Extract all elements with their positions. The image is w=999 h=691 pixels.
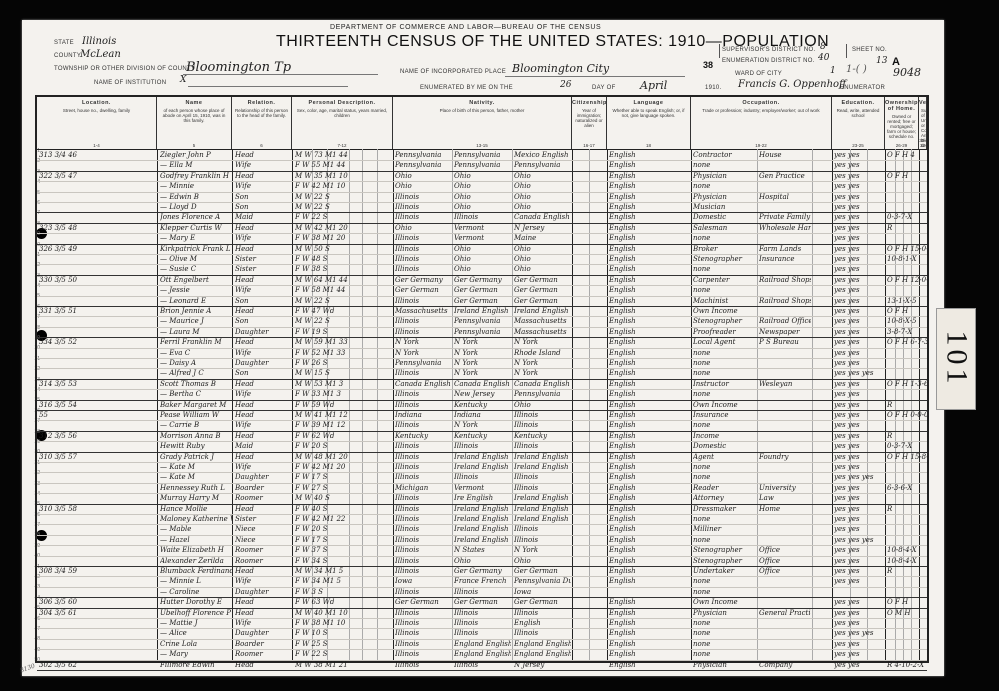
location-cell [39,524,154,534]
relation-cell: Son [235,368,291,378]
location-cell [39,483,154,493]
birthplace-cell: Michigan [395,483,451,493]
mother-birthplace-cell: Rhode Island [514,348,571,358]
name-cell: — Maurice J [160,316,232,326]
relation-cell: Sister [235,514,291,524]
incorporated-label: Name of incorporated place [400,69,506,75]
birthplace-cell: Canada English [395,379,451,389]
location-cell [39,389,154,399]
location-cell [39,639,154,649]
ownership-cell: 6-3-6-X [887,483,927,493]
ownership-cell [887,420,927,430]
language-cell: English [609,597,689,607]
column-number: 6 [232,143,291,148]
personal-description-cell: F W 38 S [295,264,391,274]
personal-description-cell: M W 22 S [295,192,391,202]
ownership-cell: O F H [887,306,927,316]
personal-description-cell: F W 38 M1 10 [295,618,391,628]
education-cell: yes yes [834,524,884,534]
education-cell: yes yes [834,233,884,243]
industry-cell [759,264,811,274]
industry-cell: University [759,483,811,493]
name-cell: — Minnie [160,181,232,191]
father-birthplace-cell: Ohio [454,171,511,181]
occupation-cell: none [693,264,755,274]
father-birthplace-cell: Pennsylvania [454,150,511,160]
education-cell: yes yes [834,223,884,233]
language-cell: English [609,660,689,670]
education-cell: yes yes [834,400,884,410]
birthplace-cell: Illinois [395,264,451,274]
name-cell: — Minnie L [160,576,232,586]
relation-cell: Head [235,597,291,607]
language-cell: English [609,212,689,222]
relation-cell: Daughter [235,327,291,337]
birthplace-cell: Illinois [395,649,451,659]
name-cell: — Daisy A [160,358,232,368]
education-cell: yes yes [834,514,884,524]
education-cell: yes yes [834,545,884,555]
supervisor-district-label: Supervisor's District No. [722,47,815,53]
location-cell [39,493,154,503]
industry-cell [759,649,811,659]
occupation-cell: none [693,576,755,586]
occupation-cell: Stenographer [693,556,755,566]
location-cell: 323 3/5 48 [39,223,154,233]
father-birthplace-cell: Ger German [454,296,511,306]
occupation-cell: Agent [693,452,755,462]
education-cell: yes yes [834,358,884,368]
birthplace-cell: Illinois [395,441,451,451]
occupation-cell: none [693,389,755,399]
birthplace-cell: Massachusetts [395,306,451,316]
education-cell: yes yes [834,285,884,295]
day-of-label: day of [592,85,616,91]
ownership-cell [887,628,927,638]
relation-cell: Wife [235,389,291,399]
birthplace-cell: Illinois [395,462,451,472]
location-cell: 306 3/5 60 [39,597,154,607]
ownership-cell: 10-8-4-X [887,556,927,566]
education-cell: yes yes yes [834,368,884,378]
birthplace-cell: Illinois [395,535,451,545]
occupation-cell: Physician [693,608,755,618]
father-birthplace-cell: Vermont [454,483,511,493]
relation-cell: Head [235,171,291,181]
father-birthplace-cell: Illinois [454,212,511,222]
education-cell: yes yes [834,202,884,212]
industry-cell [759,306,811,316]
personal-description-cell: F W 17 S [295,472,391,482]
mother-birthplace-cell: Ireland English [514,493,571,503]
occupation-cell: none [693,535,755,545]
personal-description-cell: F W 20 S [295,441,391,451]
occupation-cell: Domestic [693,441,755,451]
mother-birthplace-cell: England English [514,639,571,649]
industry-cell: Railroad Shops [759,296,811,306]
relation-cell: Head [235,223,291,233]
location-cell [39,618,154,628]
column-header: Nameof each person whose place of abode … [157,97,232,149]
column-number: 1-4 [37,143,156,148]
mother-birthplace-cell: Canada English [514,212,571,222]
name-cell: — Mable [160,524,232,534]
district-bracket [719,44,720,58]
location-cell [39,285,154,295]
mother-birthplace-cell: Ger German [514,566,571,576]
location-cell [39,472,154,482]
father-birthplace-cell: Ireland English [454,452,511,462]
column-description: Street, house no., dwelling, family [37,106,156,115]
father-birthplace-cell: England English [454,649,511,659]
name-cell: — Alice [160,628,232,638]
language-cell: English [609,628,689,638]
education-cell: yes yes [834,556,884,566]
name-cell: Alexander Zerilda [160,556,232,566]
mother-birthplace-cell: Ohio [514,192,571,202]
mother-birthplace-cell: N York [514,358,571,368]
father-birthplace-cell: Ger German [454,285,511,295]
education-cell: yes yes [834,192,884,202]
name-cell: — Susie C [160,264,232,274]
occupation-cell: Physician [693,171,755,181]
personal-description-cell: F W 19 S [295,327,391,337]
name-cell: Klepper Curtis W [160,223,232,233]
occupation-cell: Physician [693,660,755,670]
industry-cell [759,285,811,295]
language-cell: English [609,264,689,274]
personal-description-cell: F W 47 Wd [295,306,391,316]
relation-cell: Son [235,192,291,202]
father-birthplace-cell: Illinois [454,628,511,638]
occupation-cell: none [693,420,755,430]
education-cell: yes yes [834,348,884,358]
mother-birthplace-cell: N York [514,545,571,555]
location-cell: 310 3/5 58 [39,504,154,514]
location-cell [39,649,154,659]
mother-birthplace-cell: Ohio [514,202,571,212]
father-birthplace-cell: Ger German [454,597,511,607]
relation-cell: Roomer [235,493,291,503]
ownership-cell: O M H [887,608,927,618]
birthplace-cell: Illinois [395,504,451,514]
column-number: 19-22 [691,143,831,148]
relation-cell: Son [235,316,291,326]
ownership-cell: R [887,504,927,514]
name-cell: — Carrie B [160,420,232,430]
mother-birthplace-cell: Ger German [514,285,571,295]
education-cell: yes yes [834,181,884,191]
language-cell: English [609,545,689,555]
personal-description-cell: F W 33 M1 3 [295,389,391,399]
personal-description-cell: M W 22 S [295,202,391,212]
name-cell: — Kate M [160,472,232,482]
location-cell: 330 3/5 50 [39,275,154,285]
name-cell: — Caroline [160,587,232,597]
birthplace-cell: Illinois [395,389,451,399]
father-birthplace-cell: N York [454,348,511,358]
name-cell: — Bertha C [160,389,232,399]
name-cell: Hennessey Ruth L [160,483,232,493]
birthplace-cell: Ohio [395,181,451,191]
mother-birthplace-cell: Illinois [514,420,571,430]
language-cell: English [609,296,689,306]
name-cell: — Mattie J [160,618,232,628]
industry-cell: House [759,150,811,160]
father-birthplace-cell: Ireland English [454,462,511,472]
ownership-cell [887,649,927,659]
birthplace-cell: Illinois [395,316,451,326]
language-cell: English [609,504,689,514]
education-cell: yes yes [834,441,884,451]
language-cell: English [609,431,689,441]
education-cell: yes yes [834,649,884,659]
relation-cell: Head [235,504,291,514]
industry-cell: Foundry [759,452,811,462]
name-cell: Maloney Katherine V [160,514,232,524]
location-cell: 302 3/5 62 [39,660,154,670]
father-birthplace-cell: Illinois [454,608,511,618]
mother-birthplace-cell: Ohio [514,556,571,566]
incorporated-underline [505,76,685,77]
language-cell: English [609,420,689,430]
mother-birthplace-cell: Illinois [514,472,571,482]
birthplace-cell: Illinois [395,212,451,222]
ownership-cell [887,472,927,482]
name-cell: Kirkpatrick Frank L [160,244,232,254]
occupation-cell: Broker [693,244,755,254]
relation-cell: Wife [235,181,291,191]
ownership-cell: 13-1-X-5 [887,296,927,306]
education-cell: yes yes [834,160,884,170]
location-cell [39,327,154,337]
name-cell: — Mary E [160,233,232,243]
occupation-cell: none [693,628,755,638]
relation-cell: Roomer [235,556,291,566]
relation-cell: Son [235,202,291,212]
name-cell: — Lloyd D [160,202,232,212]
location-cell: 326 3/5 49 [39,244,154,254]
relation-cell: Head [235,410,291,420]
industry-cell [759,410,811,420]
mother-birthplace-cell: Pennsylvania [514,160,571,170]
occupation-cell: Reader [693,483,755,493]
mother-birthplace-cell: Illinois [514,410,571,420]
ownership-cell: O F H 1-3-6-X [887,379,927,389]
mother-birthplace-cell: Illinois [514,441,571,451]
education-cell: yes yes [834,379,884,389]
ownership-cell [887,202,927,212]
table-row: 302 3/5 62Fillmore EdwinHeadM W 38 M1 21… [37,660,927,671]
industry-cell [759,441,811,451]
relation-cell: Son [235,296,291,306]
column-number: 16-17 [572,143,606,148]
location-cell: 331 3/5 51 [39,306,154,316]
location-cell: 308 3/4 59 [39,566,154,576]
enumeration-district-value: 40 [818,53,829,63]
occupation-cell: Dressmaker [693,504,755,514]
relation-cell: Head [235,379,291,389]
mother-birthplace-cell: Ireland English [514,452,571,462]
father-birthplace-cell: Illinois [454,472,511,482]
industry-cell: Company [759,660,811,670]
birthplace-cell: Iowa [395,576,451,586]
supervisor-district-value: 8 [820,42,826,52]
name-cell: Ubelhoff Florence P [160,608,232,618]
ward-value: 1 [830,66,836,76]
industry-cell [759,160,811,170]
ownership-cell: R [887,566,927,576]
mother-birthplace-cell: Pennsylvania Dutch [514,576,571,586]
ownership-cell: 10-8-4-X [887,545,927,555]
mother-birthplace-cell: N York [514,337,571,347]
column-group-title: Occupation. [691,97,831,106]
industry-cell: Wholesale Hardware [759,223,811,233]
relation-cell: Wife [235,576,291,586]
name-cell: Jones Florence A [160,212,232,222]
location-cell [39,316,154,326]
column-group-title: Veteran [919,97,926,106]
education-cell: yes yes [834,389,884,399]
occupation-cell: none [693,514,755,524]
occupation-cell: none [693,160,755,170]
industry-cell [759,597,811,607]
education-cell: yes yes [834,504,884,514]
mother-birthplace-cell: Illinois [514,535,571,545]
name-cell: — Alfred J C [160,368,232,378]
location-cell [39,462,154,472]
father-birthplace-cell: Ire English [454,493,511,503]
education-cell: yes yes [834,566,884,576]
occupation-cell: Stenographer [693,254,755,264]
language-cell: English [609,223,689,233]
column-number: 26-29 [885,143,918,148]
occupation-cell: Income [693,431,755,441]
language-cell: English [609,327,689,337]
industry-cell [759,348,811,358]
father-birthplace-cell: Kentucky [454,400,511,410]
location-cell: 55 [39,410,154,420]
name-cell: Fillmore Edwin [160,660,232,670]
industry-cell: Hospital [759,192,811,202]
language-cell [609,587,689,597]
father-birthplace-cell: Ohio [454,254,511,264]
occupation-cell: none [693,587,755,597]
column-header: LanguageWhether able to speak English; o… [607,97,691,149]
language-cell: English [609,556,689,566]
relation-cell: Daughter [235,472,291,482]
language-cell: English [609,181,689,191]
personal-description-cell: M W 40 S [295,493,391,503]
language-cell: English [609,566,689,576]
name-cell: Godfrey Franklin H [160,171,232,181]
father-birthplace-cell: Ohio [454,192,511,202]
enumerator-name: Francis G. Oppenhoff [738,79,846,90]
birthplace-cell: Ohio [395,223,451,233]
column-number: 18 [607,143,690,148]
enumerated-year: 1910. [705,85,722,91]
occupation-cell: none [693,472,755,482]
relation-cell: Wife [235,420,291,430]
father-birthplace-cell: Ireland English [454,306,511,316]
name-cell: Scott Thomas B [160,379,232,389]
birthplace-cell: Illinois [395,296,451,306]
personal-description-cell: F W 39 M1 12 [295,420,391,430]
ownership-cell [887,192,927,202]
personal-description-cell: F W 34 S [295,556,391,566]
education-cell: yes yes [834,337,884,347]
enumerated-month: April [640,79,667,92]
industry-cell [759,535,811,545]
industry-cell [759,618,811,628]
name-cell: Ferril Franklin M [160,337,232,347]
column-description: Year of immigration; naturalized or alie… [572,106,606,130]
name-cell: Ott Engelbert [160,275,232,285]
language-cell: English [609,306,689,316]
mother-birthplace-cell: Ger German [514,296,571,306]
education-cell: yes yes [834,452,884,462]
education-cell: yes yes [834,483,884,493]
ownership-cell: O F H [887,171,927,181]
ownership-cell: O F H [887,597,927,607]
column-description: Sex, color, age, marital status, years m… [292,106,392,120]
father-birthplace-cell: Ireland English [454,514,511,524]
ownership-cell: 10-8-X-5 [887,316,927,326]
personal-description-cell: F W 38 M1 20 [295,233,391,243]
personal-description-cell: F W 22 S [295,212,391,222]
county-value: McLean [80,49,121,60]
education-cell: yes yes yes [834,535,884,545]
industry-cell [759,358,811,368]
language-cell: English [609,649,689,659]
relation-cell: Boarder [235,483,291,493]
birthplace-cell: Kentucky [395,431,451,441]
birthplace-cell: N York [395,337,451,347]
father-birthplace-cell: Illinois [454,441,511,451]
education-cell: yes yes [834,597,884,607]
column-header: Education.Read, write, attended school23… [832,97,885,149]
language-cell: English [609,337,689,347]
column-group-title: Personal Description. [292,97,392,106]
location-cell [39,628,154,638]
relation-cell: Daughter [235,587,291,597]
name-cell: Pease William W [160,410,232,420]
name-cell: — Hazel [160,535,232,545]
father-birthplace-cell: Pennsylvania [454,327,511,337]
mother-birthplace-cell: Maine [514,233,571,243]
education-cell: yes yes [834,150,884,160]
location-cell [39,368,154,378]
personal-description-cell: F W 63 Wd [295,597,391,607]
ownership-cell: 10-8-1-X [887,254,927,264]
column-header: Nativity.Place of birth of this person, … [393,97,572,149]
name-cell: — Leonard E [160,296,232,306]
location-cell [39,160,154,170]
occupation-cell: Undertaker [693,566,755,576]
relation-cell: Roomer [235,545,291,555]
relation-cell: Head [235,275,291,285]
personal-description-cell: F W 59 Wd [295,400,391,410]
ownership-cell [887,285,927,295]
language-cell: English [609,285,689,295]
ownership-cell: O F H 4 [887,150,927,160]
occupation-cell: Proofreader [693,327,755,337]
language-cell: English [609,462,689,472]
name-cell: Blumback Ferdinand A [160,566,232,576]
industry-cell [759,576,811,586]
father-birthplace-cell: N States [454,545,511,555]
name-cell: — Edwin B [160,192,232,202]
